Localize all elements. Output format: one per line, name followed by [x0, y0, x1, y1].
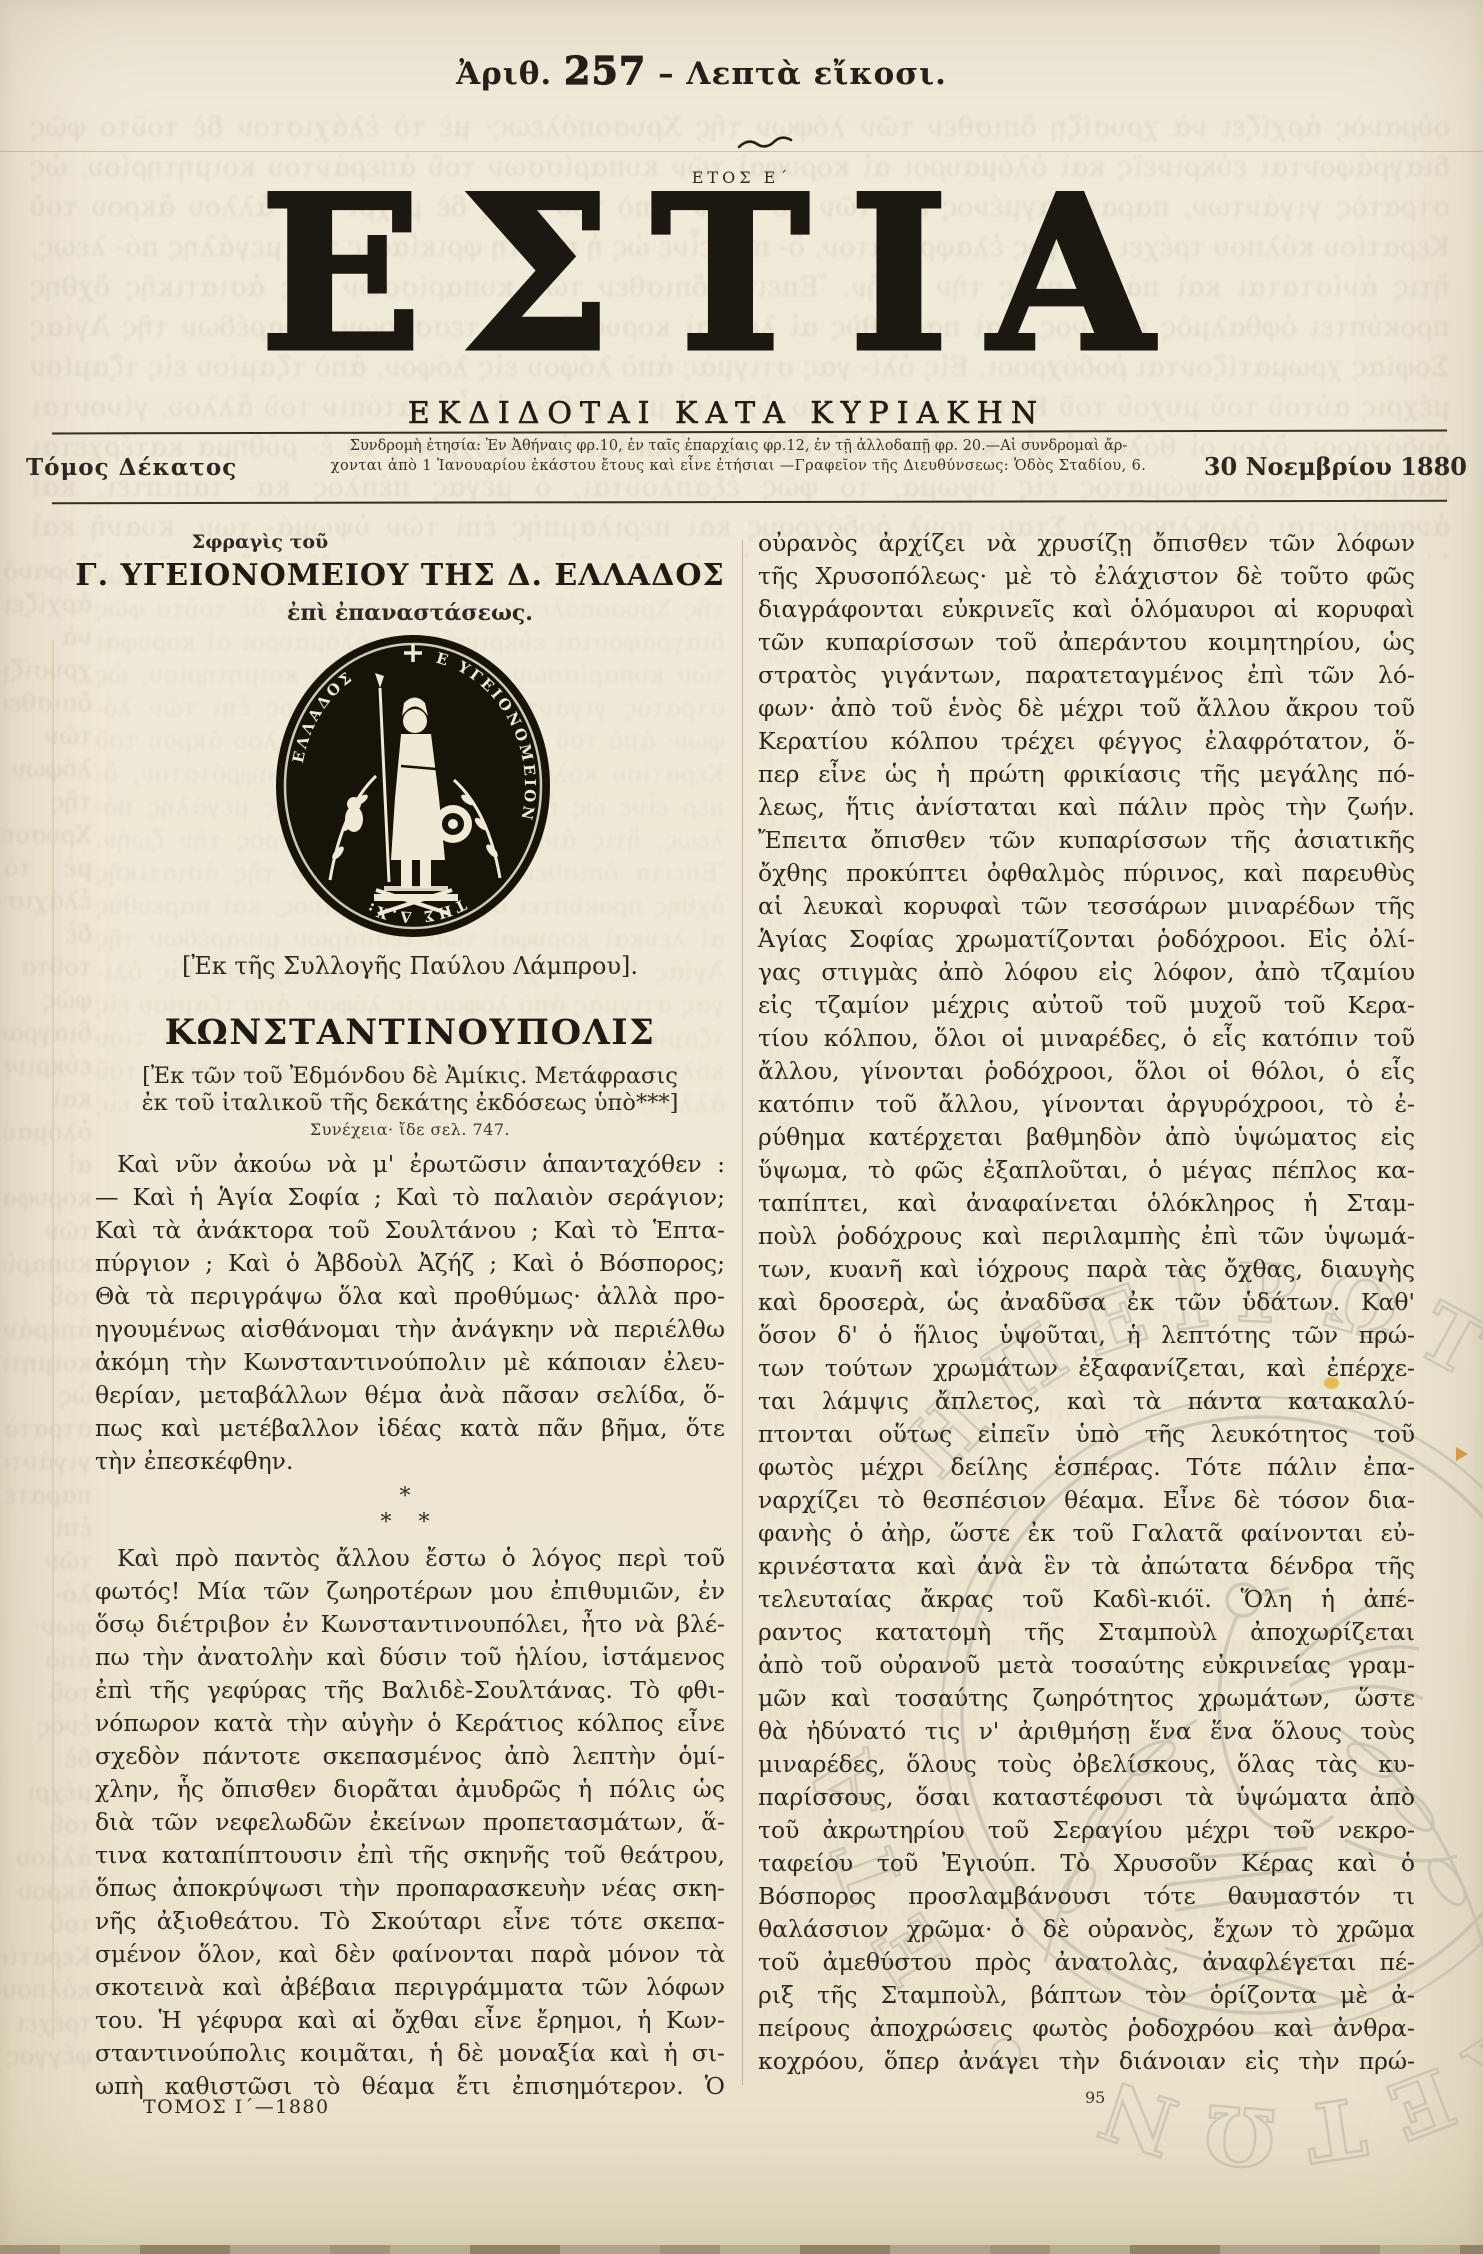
text-line: Βόσπορος προσλαμβάνουσι τότε θαυμαστόν τ…	[758, 1880, 1415, 1913]
text-line: πτονται οὕτως εἰπεῖν ὑπὸ τῆς λευκότητος …	[758, 1418, 1415, 1451]
text-line: ὄχθης προκύπτει ὀφθαλμὸς πύρινος, καὶ πα…	[758, 857, 1415, 890]
issue-date: 30 Νοεμβρίου 1880	[1204, 452, 1467, 481]
text-line: νῆς ἀξιοθεάτου. Τὸ Σκούταρι εἶνε τότε σκ…	[95, 1905, 725, 1938]
byline-line-2: ἐκ τοῦ ἰταλικοῦ τῆς δεκάτης ἐκδόσεως ὑπὸ…	[95, 1090, 725, 1117]
text-line: περ εἶνε ὡς ἡ πρώτη φρικίασις τῆς μεγάλη…	[758, 758, 1415, 791]
text-line: διὰ τῶν νεφελωδῶν ἐκείνων προπετασμάτων,…	[95, 1806, 725, 1839]
text-line: ριξ τῆς Σταμποὺλ, βάπτων τὸν ὁρίζοντα μὲ…	[758, 1979, 1415, 2012]
text-line: κοχρόου, ὅπερ ἀνάγει τὴν διάνοιαν εἰς τὴ…	[758, 2045, 1415, 2078]
text-line: πύργιον ; Καὶ ὁ Ἀβδοὺλ Ἀζήζ ; Καὶ ὁ Βόσπ…	[95, 1247, 725, 1280]
seal-section-kicker: Σφραγὶς τοῦ	[0, 531, 575, 553]
text-line: του. Ἡ γέφυρα καὶ αἱ ὄχθαι εἶνε ἔρημοι, …	[95, 2004, 725, 2037]
text-line: ραντος κατατομὴ τῆς Σταμποὺλ ἀποχωρίζετα…	[758, 1616, 1415, 1649]
text-line: ηγουμένως αἰσθάνομαι τὴν ἀνάγκην νὰ περι…	[95, 1313, 725, 1346]
right-column: οὐρανὸς ἀρχίζει νὰ χρυσίζῃ ὄπισθεν τῶν λ…	[758, 527, 1415, 2078]
text-line: Ἁγίας Σοφίας χρωματίζονται ῥοδόχροοι. Εἰ…	[758, 923, 1415, 956]
text-line: φωτὸς μέχρι δείλης ἑσπέρας. Τότε πάλιν ἐ…	[758, 1451, 1415, 1484]
text-line: εἰς τζαμίον μέχρις αὐτοῦ τοῦ μυχοῦ τοῦ Κ…	[758, 989, 1415, 1022]
text-line: σμένον ὅλον, καὶ δὲν φαίνονται παρὰ μόνο…	[95, 1938, 725, 1971]
seal-section-title: Γ. ΥΓΕΙΟΝΟΜΕΙΟΥ ΤΗΣ Δ. ΕΛΛΑΔΟΣ	[60, 558, 740, 593]
text-line: θαλάσσιον χρῶμα· ὁ δὲ οὐρανὸς, ἔχων τὸ χ…	[758, 1913, 1415, 1946]
volume-label: Τόμος Δέκατος	[26, 454, 237, 481]
text-line: των, κυανῆ καὶ ἰόχρους παρὰ τὰς ὄχθας, δ…	[758, 1253, 1415, 1286]
text-line: τινα καταπίπτουσιν ἐπὶ τῆς σκηνῆς τοῦ θε…	[95, 1839, 725, 1872]
text-line: μιναρέδες, ὅλους τοὺς ὀβελίσκους, ὅλας τ…	[758, 1748, 1415, 1781]
text-line: ἐπὶ τῆς γεφύρας τῆς Βαλιδὲ-Σουλτάνας. Τὸ…	[95, 1674, 725, 1707]
text-line: ται λάμψις ἄπλετος, καὶ τὰ πάντα κατακαλ…	[758, 1385, 1415, 1418]
left-col-para1: Καὶ νῦν ἀκούω νὰ μ' ἐρωτῶσιν ἁπανταχόθεν…	[95, 1148, 725, 1478]
text-line: στρατὸς γιγάντων, παρατεταγμένος ἐπὶ τῶν…	[758, 659, 1415, 692]
text-line: διαγράφονται εὐκρινεῖς καὶ ὁλόμαυροι αἱ …	[758, 593, 1415, 626]
health-office-seal-image: ΕΛΛΑΔΟΣ Ε ΥΓΕΙΟΝΟΜΕΙΟΝ ΤΗΣ Δ.Χ:	[268, 628, 558, 948]
subscription-info: Συνδρομὴ ἐτησία: Ἐν Ἀθήναις φρ.10, ἐν τα…	[260, 436, 1217, 476]
masthead-subtitle: ΕΚΔΙΔΟΤΑΙ ΚΑΤΑ ΚΥΡΙΑΚΗΝ	[0, 396, 1453, 431]
text-line: ταφείου τοῦ Ἐγιούπ. Τὸ Χρυσοῦν Κέρας καὶ…	[758, 1847, 1415, 1880]
asterism-divider: * * *	[95, 1478, 725, 1542]
text-line: Καὶ νῦν ἀκούω νὰ μ' ἐρωτῶσιν ἁπανταχόθεν…	[95, 1148, 725, 1181]
text-line: — Καὶ ἡ Ἁγία Σοφία ; Καὶ τὸ παλαιὸν σερά…	[95, 1181, 725, 1214]
text-line: τῆς Χρυσοπόλεως· μὲ τὸ ἐλάχιστον δὲ τοῦτ…	[758, 560, 1415, 593]
text-line: κατόπιν τοῦ ἄλλου, γίνονται ἀργυρόχροοι,…	[758, 1088, 1415, 1121]
text-line: ρύθημα κατέρχεται βαθμηδὸν ἀπὸ ὑψώματος …	[758, 1121, 1415, 1154]
issue-price: – Λεπτὰ εἴκοσι.	[658, 56, 947, 92]
left-col-para2: Καὶ πρὸ παντὸς ἄλλου ἔστω ὁ λόγος περὶ τ…	[95, 1542, 725, 2103]
text-line: σχεδὸν πάντοτε σκεπασμένος ἀπὸ λεπτὴν ὁμ…	[95, 1740, 725, 1773]
text-line: τελευταίας ἄκρας τοῦ Καδὶ-κιόϊ. Ὅλη ἡ ἀπ…	[758, 1583, 1415, 1616]
masthead-title: ΕΣΤΙΑ	[0, 168, 1453, 380]
text-line: ὅπως ἀποκρύψωσι τὴν προπαρασκευὴν νέας σ…	[95, 1872, 725, 1905]
bleed-through-texture: οὐρανὸς ἀρχίζει νὰ χρυσίζῃ ὄπισθεν τῶν λ…	[4, 555, 92, 2075]
page-number: 95	[1085, 2088, 1105, 2107]
subscription-line-1: Συνδρομὴ ἐτησία: Ἐν Ἀθήναις φρ.10, ἐν τα…	[260, 436, 1217, 456]
text-line: οὐρανὸς ἀρχίζει νὰ χρυσίζῃ ὄπισθεν τῶν λ…	[758, 527, 1415, 560]
text-line: τὴν ἐπεσκέφθην.	[95, 1445, 725, 1478]
volume-footer: ΤΟΜΟΣ Ι΄—1880	[143, 2096, 330, 2118]
text-line: γας στιγμὰς ἀπὸ λόφου εἰς λόφον, ἀπὸ τζα…	[758, 956, 1415, 989]
text-line: φων· ἀπὸ τοῦ ἑνὸς δὲ μέχρι τοῦ ἄλλου ἄκρ…	[758, 692, 1415, 725]
text-line: αἱ λευκαὶ κορυφαὶ τῶν τεσσάρων μιναρέδων…	[758, 890, 1415, 923]
text-line: τοῦ ἀμεθύστου πρὸς ἀνατολὰς, ἀναφλέγεται…	[758, 1946, 1415, 1979]
text-line: καὶ δροσερὰ, ὡς ἀναδῦσα ἐκ τῶν ὑδάτων. Κ…	[758, 1286, 1415, 1319]
text-line: ναρχίζει τὸ θεσπέσιον θέαμα. Εἶνε δὲ τόσ…	[758, 1484, 1415, 1517]
text-line: σκοτεινὰ καὶ ἀβέβαια περιγράμματα τῶν λό…	[95, 1971, 725, 2004]
issue-prefix: Ἀριθ.	[456, 56, 552, 92]
text-line: τῶν κυπαρίσσων τοῦ ἀπεράντου κοιμητηρίου…	[758, 626, 1415, 659]
article-byline: [Ἐκ τῶν τοῦ Ἐδμόνδου δὲ Ἀμίκις. Μετάφρασ…	[95, 1063, 725, 1117]
text-line: φωτός! Μία τῶν ζωηροτέρων μου ἐπιθυμιῶν,…	[95, 1575, 725, 1608]
page: οὐρανὸς ἀρχίζει νὰ χρυσίζῃ ὄπισθεν τῶν λ…	[0, 0, 1483, 2254]
text-line: πως καὶ μετέβαλλον ἰδέας κατὰ πᾶν βῆμα, …	[95, 1412, 725, 1445]
issue-number: 257	[564, 48, 646, 93]
byline-line-1: [Ἐκ τῶν τοῦ Ἐδμόνδου δὲ Ἀμίκις. Μετάφρασ…	[95, 1063, 725, 1090]
text-line: ἀκόμη τὴν Κωνσταντινούπολιν μὲ κάποιαν ἐ…	[95, 1346, 725, 1379]
text-line: τίου κόλπου, ὅλοι οἱ μιναρέδες, ὁ εἷς κα…	[758, 1022, 1415, 1055]
text-line: ὅσον δ' ὁ ἥλιος ὑψοῦται, ἡ λεπτότης τῶν …	[758, 1319, 1415, 1352]
right-col-lines: οὐρανὸς ἀρχίζει νὰ χρυσίζῃ ὄπισθεν τῶν λ…	[758, 527, 1415, 2078]
text-line: των τούτων χρωμάτων ἐξαφανίζεται, καὶ ἐπ…	[758, 1352, 1415, 1385]
text-line: Καὶ τὰ ἀνάκτορα τοῦ Σουλτάνου ; Καὶ τὸ Ἑ…	[95, 1214, 725, 1247]
text-line: πείρους ἀποχρώσεις φωτὸς ῥοδοχρόου καὶ ἀ…	[758, 2012, 1415, 2045]
margin-mark	[1456, 1447, 1468, 1461]
text-line: νόπωρον κατὰ τὴν αὐγὴν ὁ Κεράτιος κόλπος…	[95, 1707, 725, 1740]
paper-crease	[52, 640, 54, 2040]
text-line: χλην, ἧς ὄπισθεν διορᾶται ἀμυδρῶς ἡ πόλι…	[95, 1773, 725, 1806]
text-line: ταπίπτει, καὶ ἀναφαίνεται ὁλόκληρος ἡ Στ…	[758, 1187, 1415, 1220]
text-line: ποὺλ ῥοδόχρους καὶ περιλαμπὴς ἐπὶ τῶν ὑψ…	[758, 1220, 1415, 1253]
seal-caption: [Ἐκ τῆς Συλλογῆς Παύλου Λάμπρου].	[95, 952, 725, 980]
text-line: ἄλλου, γίνονται ῥοδόχροοι, ὅλοι οἱ θόλοι…	[758, 1055, 1415, 1088]
text-line: σταντινούπολις κοιμᾶται, ἡ δὲ μοναξία κα…	[95, 2037, 725, 2070]
text-line: κρινέστατα καὶ ἀνὰ ἓν τὰ ἀπώτατα δένδρα …	[758, 1550, 1415, 1583]
seal-section-subtitle: ἐπὶ ἐπαναστάσεως.	[95, 600, 725, 626]
info-bar: Τόμος Δέκατος Συνδρομὴ ἐτησία: Ἐν Ἀθήναι…	[20, 434, 1467, 500]
paper-stain	[1324, 1377, 1339, 1389]
subscription-line-2: χονται ἀπὸ 1 Ἰανουαρίου ἑκάστου ἔτους κα…	[260, 456, 1217, 476]
text-line: ὕψωμα, τὸ φῶς ἐξαπλοῦται, ὁ μέγας πέπλος…	[758, 1154, 1415, 1187]
text-line: Θὰ τὰ περιγράψω ὅλα καὶ προθύμως· ἀλλὰ π…	[95, 1280, 725, 1313]
text-line: λεως, ἥτις ἀνίσταται καὶ πάλιν πρὸς τὴν …	[758, 791, 1415, 824]
asterism-top: *	[95, 1484, 725, 1510]
text-line: ὅσῳ διέτριβον ἐν Κωνσταντινουπόλει, ἦτο …	[95, 1608, 725, 1641]
article-title: ΚΩΝΣΤΑΝΤΙΝΟΥΠΟΛΙΣ	[95, 1012, 725, 1053]
text-line: ἀπὸ τοῦ οὐρανοῦ μετὰ τοσαύτης εὐκρινείας…	[758, 1649, 1415, 1682]
text-line: θὰ ἠδύνατό τις ν' ἀριθμήσῃ ἕνα ἕνα ὅλους…	[758, 1715, 1415, 1748]
text-line: Καὶ πρὸ παντὸς ἄλλου ἔστω ὁ λόγος περὶ τ…	[95, 1542, 725, 1575]
text-line: Ἔπειτα ὄπισθεν τῶν κυπαρίσσων τῆς ἀσιατι…	[758, 824, 1415, 857]
left-column: Καὶ νῦν ἀκούω νὰ μ' ἐρωτῶσιν ἁπανταχόθεν…	[95, 1148, 725, 2103]
page-bottom-edge	[0, 2245, 1483, 2254]
asterism-bottom: * *	[95, 1510, 725, 1536]
continuation-note: Συνέχεια· ἴδε σελ. 747.	[95, 1120, 725, 1139]
text-line: φανὴς ὁ ἀὴρ, ὥστε ἐκ τοῦ Γαλατᾶ φαίνοντα…	[758, 1517, 1415, 1550]
text-line: πω τὴν ἀνατολὴν καὶ δύσιν τοῦ ἡλίου, ἱστ…	[95, 1641, 725, 1674]
text-line: τοῦ ἀκρωτηρίου τοῦ Σεραγίου μέχρι τοῦ νε…	[758, 1814, 1415, 1847]
text-line: παρίσσους, ὅσαι καταστέφουσι τὰ ὑψώματα …	[758, 1781, 1415, 1814]
text-line: θερίαν, μεταβάλλων θέμα ἀνὰ πᾶσαν σελίδα…	[95, 1379, 725, 1412]
text-line: μῶν καὶ τοσαύτης ζωηρότητος χρωμάτων, ὥσ…	[758, 1682, 1415, 1715]
text-line: Κερατίου κόλπου τρέχει φέγγος ἐλαφρότατο…	[758, 725, 1415, 758]
issue-line: Ἀριθ. 257 – Λεπτὰ εἴκοσι.	[0, 48, 1403, 93]
column-divider	[742, 540, 743, 2085]
